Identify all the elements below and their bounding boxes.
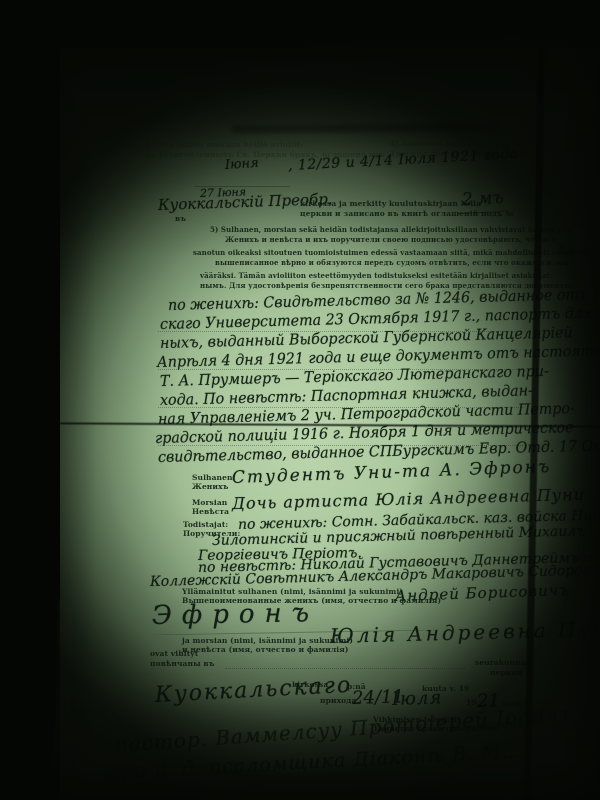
handwritten-month-july: Іюля	[392, 687, 443, 710]
signature-efron: Эфронъ	[152, 598, 319, 631]
label-nevesta: Невѣста	[192, 508, 229, 517]
printed-ovat-vihityt: ovat vihityt	[150, 650, 198, 659]
printed-clause5-line: 5) Sulhanen, morsian sekä heidän todista…	[210, 226, 575, 234]
printed-line-faint: Kirkon lakien mukaan heille avioliit-	[145, 141, 304, 150]
printed-cerkvi-word: церкви	[490, 669, 522, 678]
handwritten-month: Іюня	[224, 156, 259, 173]
ruled-line	[158, 331, 523, 332]
printed-povenchany: повѣнчаны въ	[150, 660, 215, 669]
ruled-line	[158, 369, 523, 370]
handwritten-banns-number: 2 мъ	[461, 188, 504, 210]
printed-clause5-line: Женихъ и невѣста и ихъ поручители своею …	[225, 236, 556, 244]
label-zhenih: Женихъ	[192, 483, 229, 492]
printed-preposition: въ	[175, 215, 186, 224]
printed-clause5-line: вышеписанное вѣрно и обязуются передъ су…	[215, 259, 574, 267]
printed-prihoda: прихода	[320, 697, 356, 706]
microfilm-reader-photo: 12/19 и 1/4 Іюля 19… Kirkon lakien mukaa…	[0, 0, 600, 800]
ruled-line	[158, 445, 523, 446]
printed-clause5-line: vääräksi. Tämän avioliiton esteettömyyde…	[200, 272, 552, 280]
printed-seurakunnan: seurakunnan	[475, 659, 531, 668]
dotted-line	[225, 668, 465, 669]
printed-bride-name-label-ru: и невѣста (имя, отчество и фамилія)	[182, 646, 349, 655]
ruled-line	[158, 407, 523, 408]
printed-year-prefix: 19	[466, 699, 477, 708]
printed-line-kirkossa: kirkossa ja merkitty kuulutuskirjaan N:l…	[300, 200, 481, 209]
adjacent-page-hand-fragment: S…	[584, 294, 600, 320]
adjacent-page-print-fragment: Пре	[578, 222, 595, 231]
